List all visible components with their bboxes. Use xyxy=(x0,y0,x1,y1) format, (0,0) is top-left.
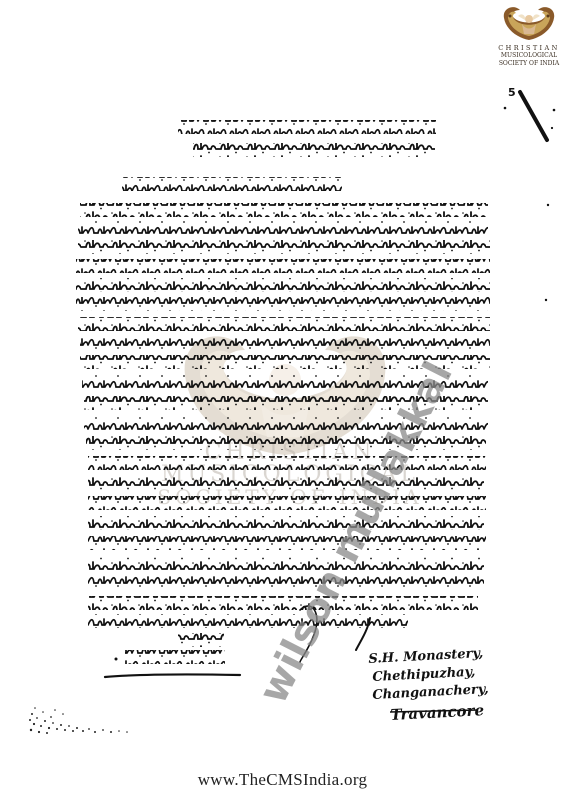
scan-smudge xyxy=(25,690,175,735)
footer-url[interactable]: www.TheCMSIndia.org xyxy=(0,770,565,790)
page-number: 5 xyxy=(508,86,516,99)
document-page: CHRISTIAN MUSICOLOGICAL SOCIETY OF INDIA… xyxy=(0,0,565,800)
